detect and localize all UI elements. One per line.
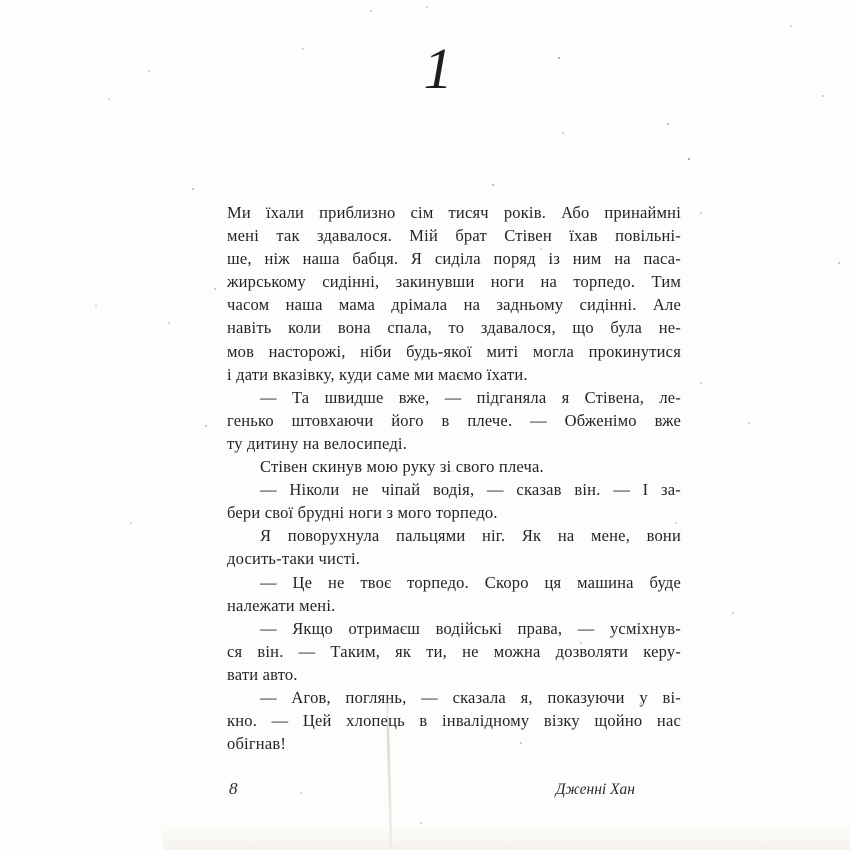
text-line: вати авто. [227, 663, 681, 686]
text-line: і дати вказівку, куди саме ми маємо їхат… [227, 363, 681, 386]
text-line: ше, ніж наша бабця. Я сиділа поряд із ни… [227, 247, 681, 270]
page-number: 8 [227, 779, 238, 799]
scan-noise [0, 0, 2, 2]
text-line: — Та швидше вже, — підганяла я Стівена, … [227, 386, 681, 409]
text-line: мені так здавалося. Мій брат Стівен їхав… [227, 224, 681, 247]
text-line: належати мені. [227, 594, 681, 617]
text-line: навіть коли вона спала, то здавалося, що… [227, 316, 681, 339]
text-line: бери свої брудні ноги з мого торпедо. [227, 501, 681, 524]
text-line: Я поворухнула пальцями ніг. Як на мене, … [227, 524, 681, 547]
text-line: мов насторожі, ніби будь-якої миті могла… [227, 340, 681, 363]
text-line: ся він. — Таким, як ти, не можна дозволя… [227, 640, 681, 663]
text-line: Ми їхали приблизно сім тисяч років. Або … [227, 201, 681, 224]
text-line: жирському сидінні, закинувши ноги на тор… [227, 270, 681, 293]
text-line: — Ніколи не чіпай водія, — сказав він. —… [227, 478, 681, 501]
text-line: генько штовхаючи його в плече. — Обженім… [227, 409, 681, 432]
text-line: обігнав! [227, 732, 681, 755]
text-line: ту дитину на велосипеді. [227, 432, 681, 455]
running-author: Дженні Хан [556, 781, 681, 799]
chapter-number: 1 [211, 40, 665, 98]
book-page: 1 Ми їхали приблизно сім тисяч років. Аб… [0, 0, 850, 850]
text-line: часом наша мама дрімала на задньому сиді… [227, 293, 681, 316]
text-line: — Агов, поглянь, — сказала я, показуючи … [227, 686, 681, 709]
page-footer: 8 Дженні Хан [227, 779, 681, 799]
text-line: — Якщо отримаєш водійські права, — усміх… [227, 617, 681, 640]
scan-edge-tint [163, 824, 850, 850]
text-line: — Це не твоє торпедо. Скоро ця машина бу… [227, 571, 681, 594]
text-line: кно. — Цей хлопець в інвалідному візку щ… [227, 709, 681, 732]
body-text: Ми їхали приблизно сім тисяч років. Або … [227, 201, 681, 755]
text-line: Стівен скинув мою руку зі свого плеча. [227, 455, 681, 478]
text-line: досить-таки чисті. [227, 547, 681, 570]
